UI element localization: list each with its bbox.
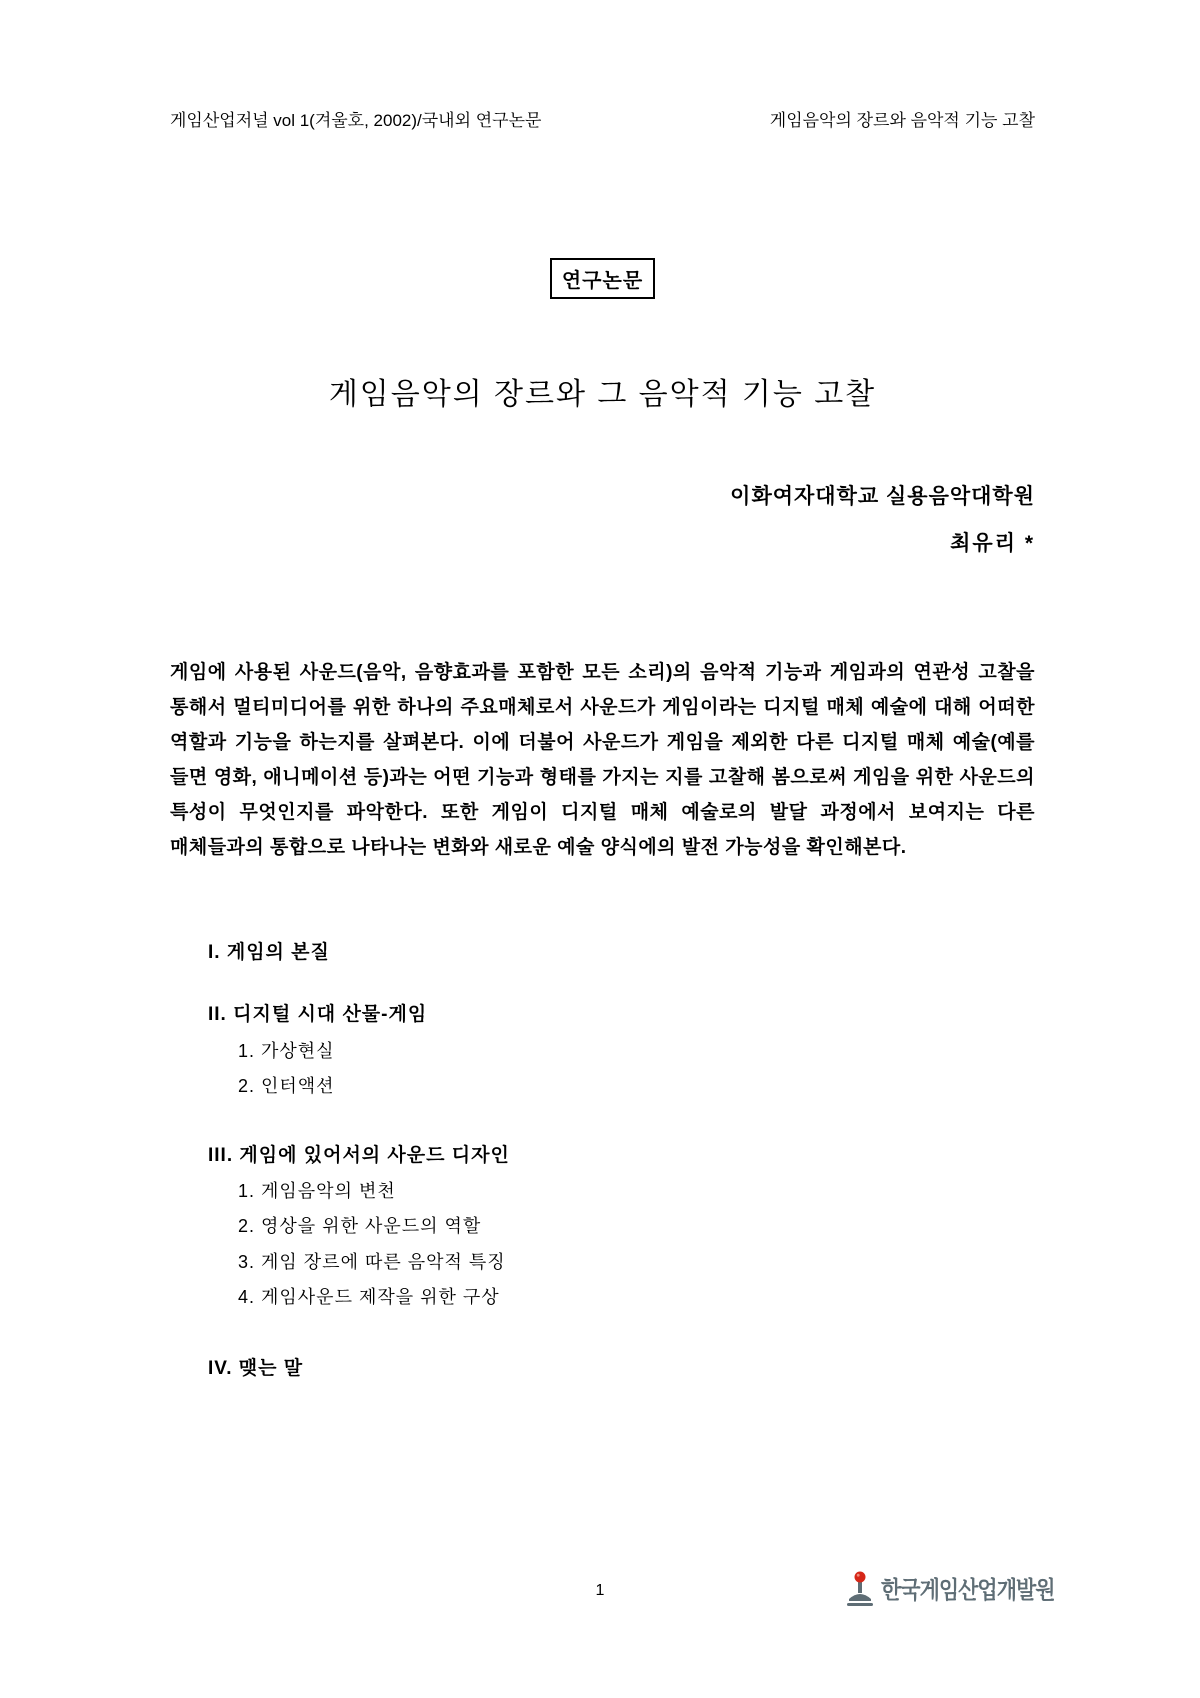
toc-section-3: III. 게임에 있어서의 사운드 디자인 [208,1143,1035,1169]
toc-item-3-3: 3. 게임 장르에 따른 음악적 특징 [238,1249,1035,1275]
page-header: 게임산업저널 vol 1(겨울호, 2002)/국내외 연구논문 게임음악의 장… [170,0,1035,134]
abstract-paragraph: 게임에 사용된 사운드(음악, 음향효과를 포함한 모든 소리)의 음악적 기능… [170,655,1035,865]
toc-item-2-2: 2. 인터액션 [238,1073,1035,1099]
publisher-logo-text: 한국게임산업개발원 [881,1572,1055,1607]
section-badge-row: 연구논문 [170,258,1035,299]
document-page: 게임산업저널 vol 1(겨울호, 2002)/국내외 연구논문 게임음악의 장… [0,0,1200,1698]
joystick-icon [845,1570,875,1608]
toc-section-1: I. 게임의 본질 [208,940,1035,966]
author-name: 최유리 * [170,530,1035,558]
toc-item-3-1: 1. 게임음악의 변천 [238,1178,1035,1204]
author-affiliation: 이화여자대학교 실용음악대학원 [170,483,1035,511]
header-running-title: 게임음악의 장르와 음악적 기능 고찰 [770,108,1035,134]
toc-item-3-4: 4. 게임사운드 제작을 위한 구상 [238,1284,1035,1310]
toc-section-4: IV. 맺는 말 [208,1356,1035,1382]
table-of-contents: I. 게임의 본질 II. 디지털 시대 산물-게임 1. 가상현실 2. 인터… [208,940,1035,1382]
toc-item-3-2: 2. 영상을 위한 사운드의 역할 [238,1213,1035,1239]
toc-item-2-1: 1. 가상현실 [238,1038,1035,1064]
toc-section-2: II. 디지털 시대 산물-게임 [208,1002,1035,1028]
paper-title: 게임음악의 장르와 그 음악적 기능 고찰 [170,375,1035,415]
header-journal-title: 게임산업저널 vol 1(겨울호, 2002)/국내외 연구논문 [170,108,541,134]
publisher-logo: 한국게임산업개발원 [845,1570,1055,1608]
section-badge: 연구논문 [550,258,655,299]
